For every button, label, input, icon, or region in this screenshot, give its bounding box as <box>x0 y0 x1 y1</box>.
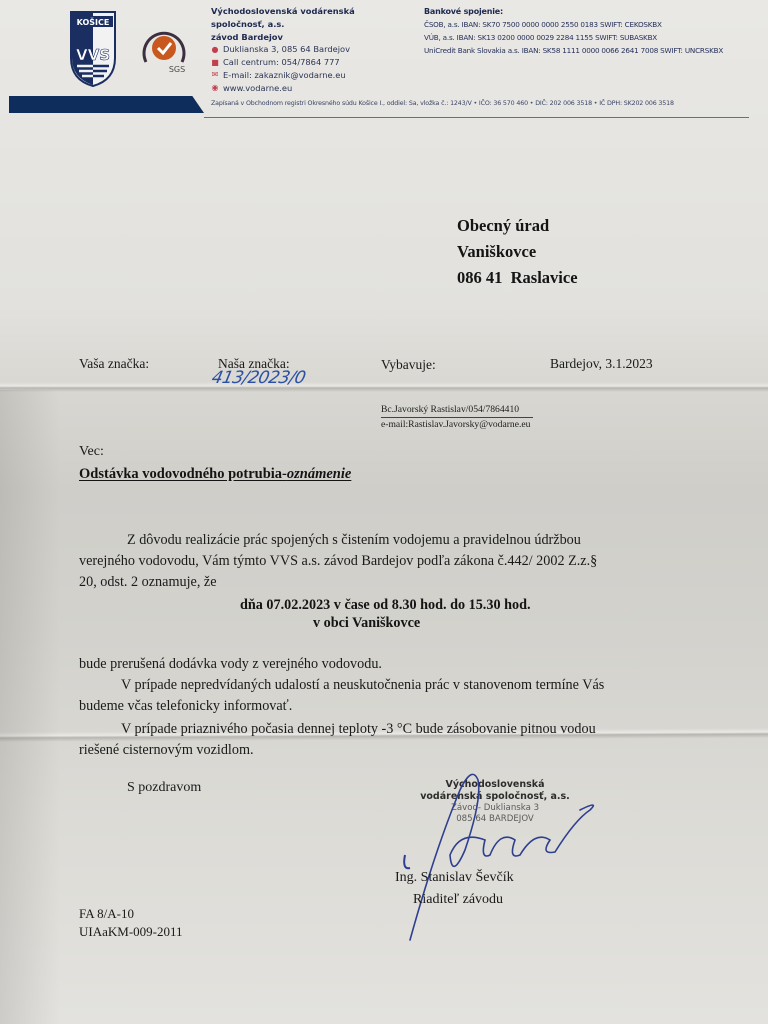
outage-location: v obci Vaniškovce <box>313 615 420 632</box>
subject-title-italic: oznámenie <box>287 466 351 482</box>
company-phone: Call centrum: 054/7864 777 <box>223 56 340 69</box>
company-address: Duklianska 3, 085 64 Bardejov <box>223 43 350 56</box>
form-code: FA 8/A-10 <box>79 906 134 922</box>
letterhead-divider <box>204 117 749 118</box>
letter-paper <box>0 0 768 1024</box>
signer-name: Ing. Stanislav Ševčík <box>395 870 514 886</box>
bank-line: UniCredit Bank Slovakia a.s. IBAN: SK58 … <box>424 44 764 57</box>
body-text: riešené cisternovým vozidlom. <box>79 742 254 759</box>
body-text: budeme včas telefonicky informovať. <box>79 698 292 715</box>
location-pin-icon: ● <box>211 46 219 54</box>
logo-text: KOŠICE <box>77 16 110 27</box>
form-code: UIAaKM-009-2011 <box>79 924 183 940</box>
signer-role: Riaditeľ závodu <box>413 892 503 908</box>
outage-datetime: dňa 07.02.2023 v čase od 8.30 hod. do 15… <box>240 597 531 614</box>
addressee-line: Vaniškovce <box>457 239 578 265</box>
addressee-line: Obecný úrad <box>457 213 578 239</box>
bank-line: VÚB, a.s. IBAN: SK13 0200 0000 0029 2284… <box>424 31 764 44</box>
phone-icon: ■ <box>211 59 219 67</box>
body-text: bude prerušená dodávka vody z verejného … <box>79 656 382 673</box>
envelope-icon: ✉ <box>211 71 219 79</box>
register-line: Zapísaná v Obchodnom registri Okresného … <box>211 100 751 107</box>
bank-info: Bankové spojenie: ČSOB, a.s. IBAN: SK70 … <box>424 5 764 57</box>
handled-by-contact: Bc.Javorský Rastislav/054/7864410 <box>381 404 519 415</box>
body-text: V prípade nepredvídaných udalostí a neus… <box>121 677 604 694</box>
body-text: V prípade priaznivého počasia dennej tep… <box>121 721 596 738</box>
handled-by-email: e-mail:Rastislav.Javorsky@vodarne.eu <box>381 419 530 430</box>
company-email: E-mail: zakaznik@vodarne.eu <box>223 69 346 82</box>
company-web: www.vodarne.eu <box>223 82 292 95</box>
subject-label: Vec: <box>79 444 104 460</box>
our-ref-handwritten: 413/2023/0 <box>210 368 307 388</box>
body-text: 20, odst. 2 oznamuje, že <box>79 574 217 591</box>
addressee-line: 086 41 Raslavice <box>457 265 578 291</box>
vvs-kosice-logo: KOŠICE VVS <box>69 10 117 88</box>
paper-shadow <box>0 390 60 1024</box>
handwritten-signature <box>390 760 610 950</box>
bank-line: ČSOB, a.s. IBAN: SK70 7500 0000 0000 255… <box>424 18 764 31</box>
company-name: Východoslovenská vodárenská spoločnosť, … <box>211 5 411 31</box>
body-text: verejného vodovodu, Vám týmto VVS a.s. z… <box>79 553 597 570</box>
place-date: Bardejov, 3.1.2023 <box>550 356 653 372</box>
bank-title: Bankové spojenie: <box>424 5 764 18</box>
sgs-label: SGS <box>169 65 185 74</box>
globe-icon: ◉ <box>211 84 219 92</box>
addressee-block: Obecný úrad Vaniškovce 086 41 Raslavice <box>457 213 578 291</box>
subject-title: Odstávka vodovodného potrubia-oznámenie <box>79 466 351 483</box>
contact-underline <box>381 417 533 418</box>
paper-fold <box>0 382 768 392</box>
letterhead-bar <box>9 96 204 113</box>
greeting: S pozdravom <box>127 780 201 796</box>
company-info: Východoslovenská vodárenská spoločnosť, … <box>211 5 411 95</box>
svg-text:VVS: VVS <box>76 46 110 64</box>
sgs-certification-logo: SGS <box>138 22 190 74</box>
your-ref-label: Vaša značka: <box>79 356 149 372</box>
company-branch: závod Bardejov <box>211 31 411 44</box>
handled-by-label: Vybavuje: <box>381 357 436 373</box>
body-text: Z dôvodu realizácie prác spojených s čis… <box>127 532 581 549</box>
